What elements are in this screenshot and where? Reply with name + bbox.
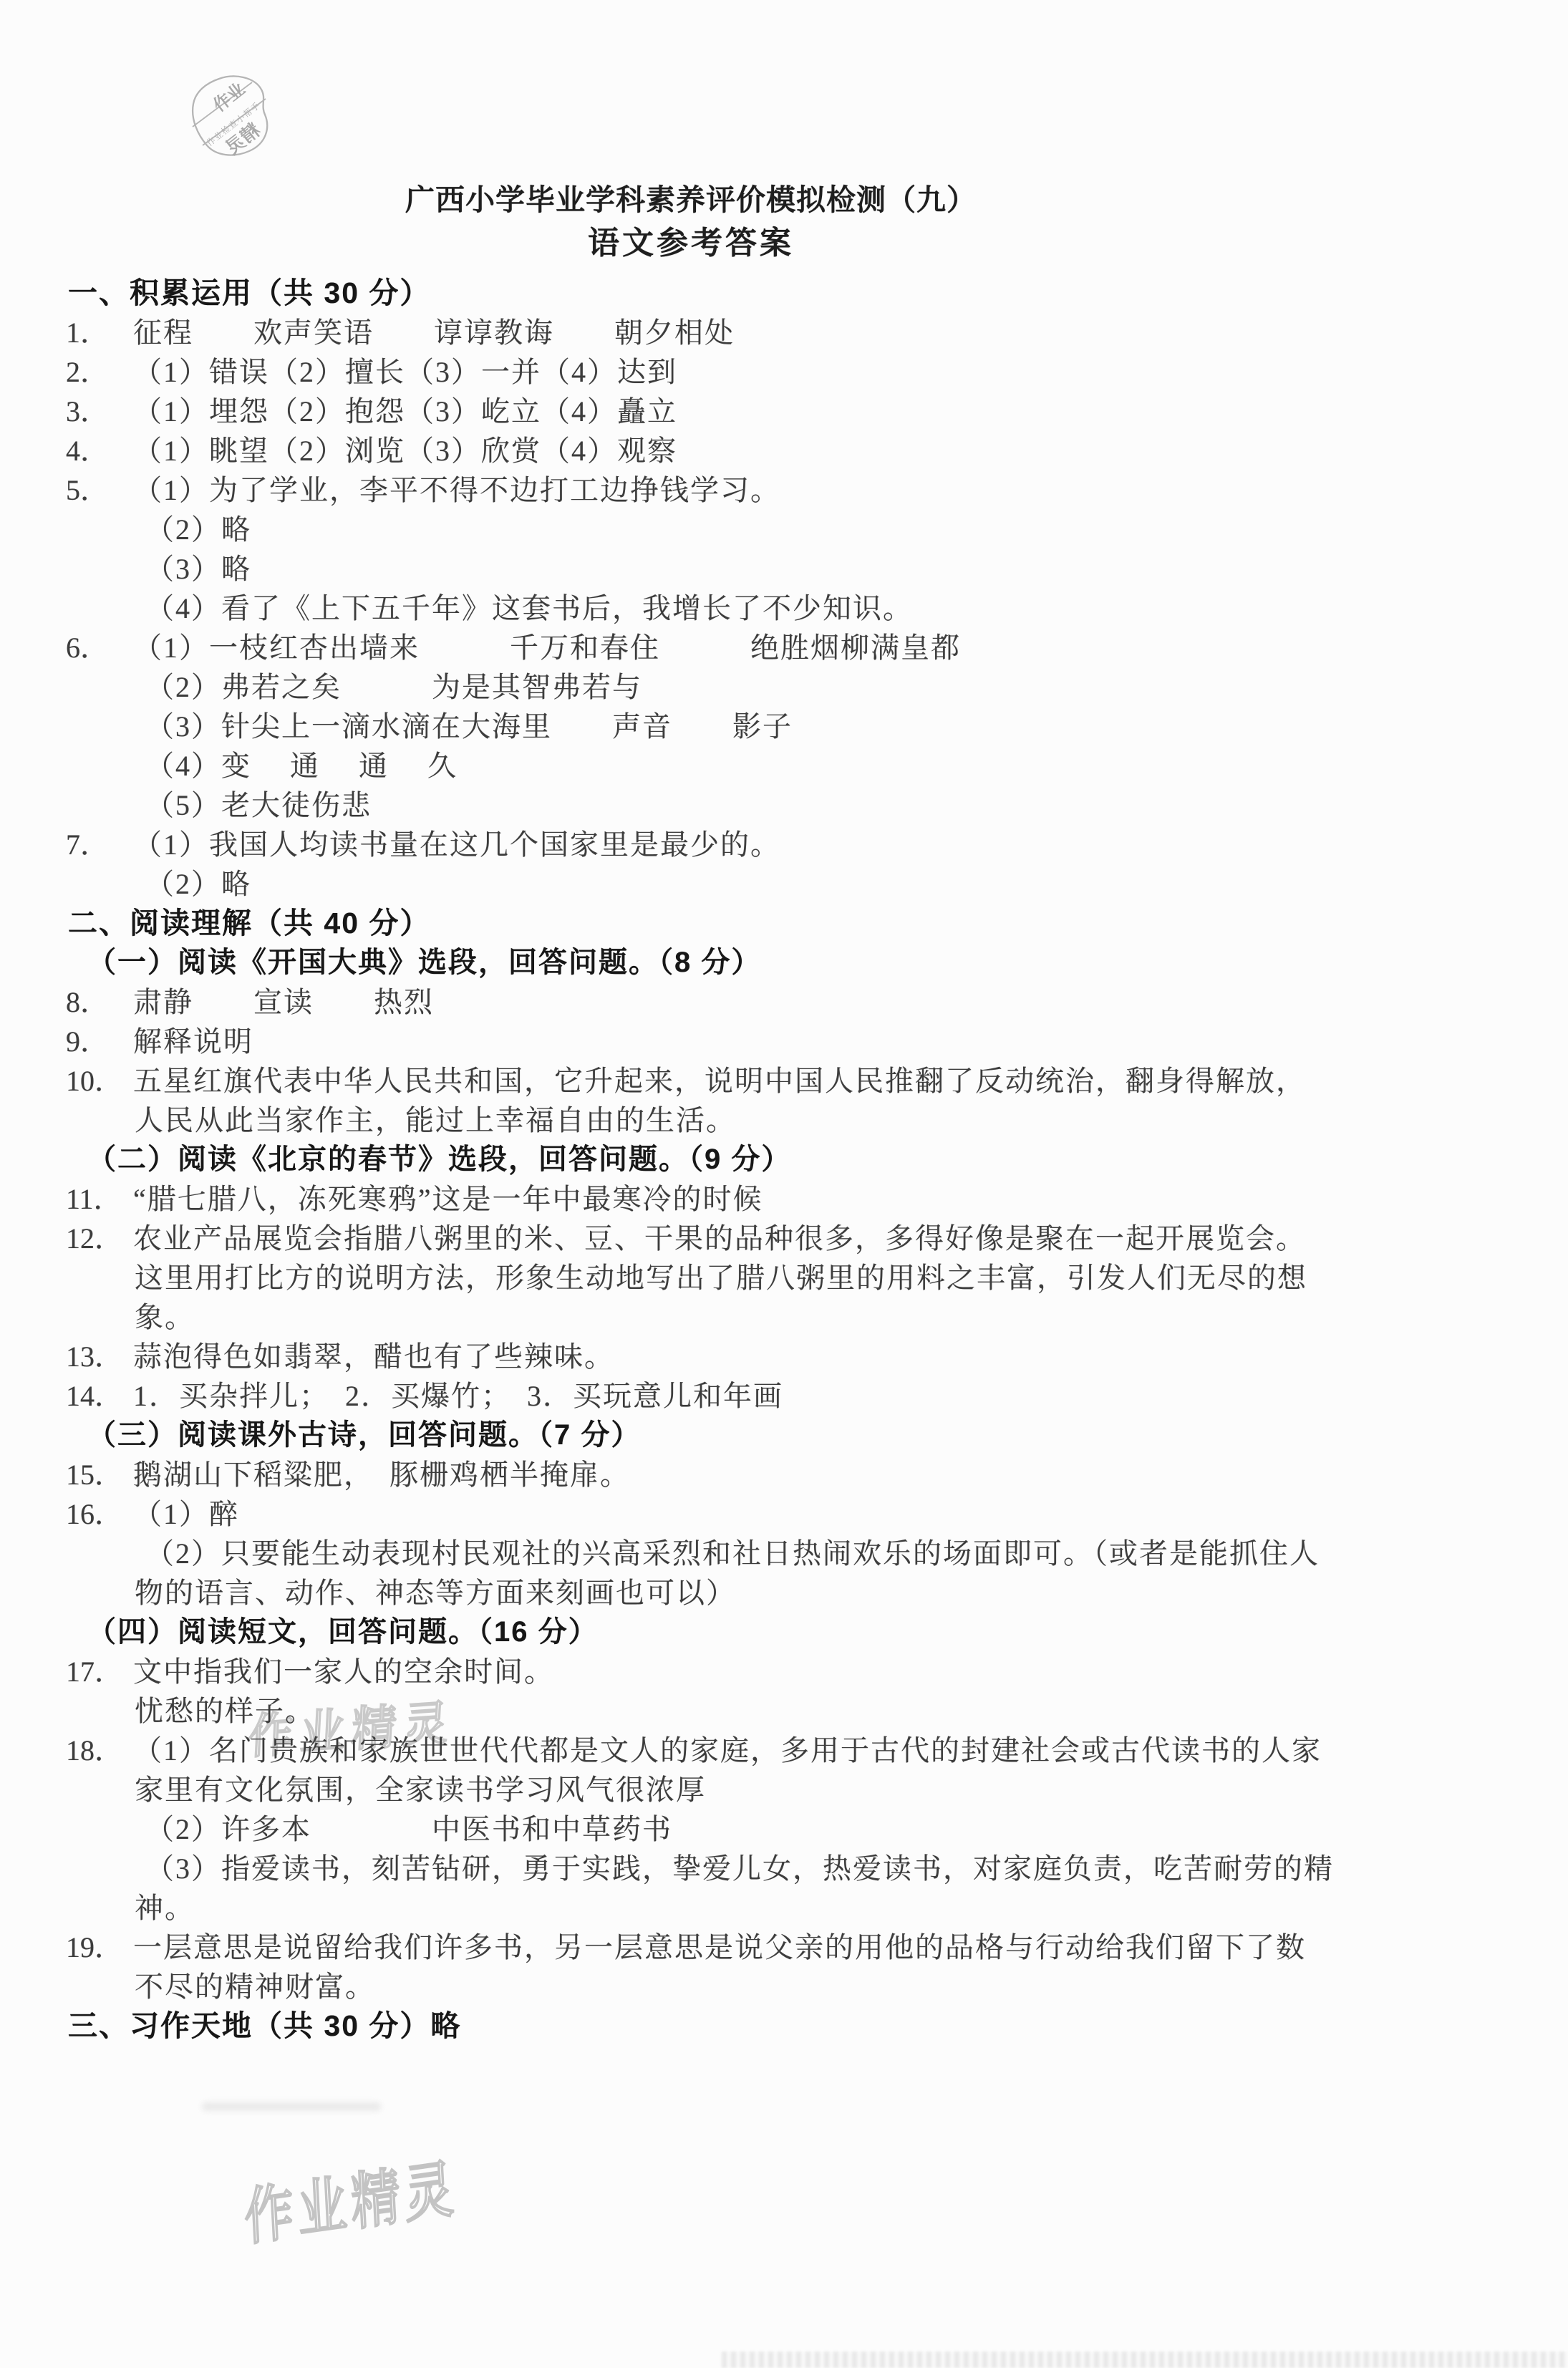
- answer-subitem-line: （3）略: [0, 549, 1568, 589]
- answer-text: 解释说明: [133, 1025, 253, 1058]
- answer-text: 肃静 宣读 热烈: [133, 986, 434, 1018]
- answer-text: （2）略: [145, 868, 251, 900]
- answer-text: （3）指爱读书，刻苦钻研，勇于实践，挚爱儿女，热爱读书，对家庭负责，吃苦耐劳的精: [145, 1852, 1334, 1885]
- answer-line: 18．（1）名门贵族和家族世世代代都是文人的家庭，多用于古代的封建社会或古代读书…: [0, 1731, 1568, 1770]
- page-subtitle: 语文参考答案: [61, 223, 1321, 264]
- answer-text: （二）阅读《北京的春节》选段，回答问题。（9 分）: [87, 1144, 791, 1175]
- page-title: 广西小学毕业学科素养评价模拟检测（九）: [61, 179, 1321, 221]
- answer-text: （3）略: [145, 553, 251, 585]
- answer-subitem-line: （2）许多本 中医书和中草药书: [0, 1809, 1568, 1849]
- answer-text: 人民从此当家作主，能过上幸福自由的生活。: [135, 1104, 736, 1136]
- answer-text: 三、习作天地（共 30 分）略: [68, 2009, 461, 2042]
- item-number: 3．: [66, 392, 109, 431]
- answer-line: 5．（1）为了学业，李平不得不边打工边挣钱学习。: [0, 470, 1568, 510]
- answer-line: 10．五星红旗代表中华人民共和国，它升起来，说明中国人民推翻了反动统治，翻身得解…: [0, 1061, 1568, 1101]
- answer-text: （1）埋怨（2）抱怨（3）屹立（4）矗立: [133, 395, 677, 427]
- answer-text: 这里用打比方的说明方法，形象生动地写出了腊八粥里的用料之丰富，引发人们无尽的想: [135, 1262, 1307, 1294]
- passage-heading: （四）阅读短文，回答问题。（16 分）: [0, 1613, 1568, 1652]
- answer-continuation-line: 这里用打比方的说明方法，形象生动地写出了腊八粥里的用料之丰富，引发人们无尽的想: [0, 1258, 1568, 1297]
- answer-subitem-line: （2）只要能生动表现村民观社的兴高采烈和社日热闹欢乐的场面即可。（或者是能抓住人: [0, 1534, 1568, 1573]
- answer-text: （1）错误（2）擅长（3）一并（4）达到: [133, 356, 677, 388]
- answer-subitem-line: （3）指爱读书，刻苦钻研，勇于实践，挚爱儿女，热爱读书，对家庭负责，吃苦耐劳的精: [0, 1849, 1568, 1888]
- answer-text: 物的语言、动作、神态等方面来刻画也可以）: [135, 1577, 736, 1609]
- passage-heading: （二）阅读《北京的春节》选段，回答问题。（9 分）: [0, 1140, 1568, 1179]
- item-number: 12．: [66, 1219, 123, 1258]
- item-number: 6．: [66, 628, 109, 667]
- section-heading: 三、习作天地（共 30 分）略: [0, 2006, 1568, 2046]
- homework-helper-stamp-watermark: 作业 作业检查小帮手 精灵: [188, 73, 288, 165]
- answer-subitem-line: （2）略: [0, 864, 1568, 904]
- answer-text: （1）一枝红杏出墙来 千万和春住 绝胜烟柳满皇都: [133, 632, 961, 664]
- answer-line: 6．（1）一枝红杏出墙来 千万和春住 绝胜烟柳满皇都: [0, 628, 1568, 667]
- answer-line: 3．（1）埋怨（2）抱怨（3）屹立（4）矗立: [0, 392, 1568, 431]
- answer-line: 7．（1）我国人均读书量在这几个国家里是最少的。: [0, 825, 1568, 864]
- answer-line: 17．文中指我们一家人的空余时间。: [0, 1652, 1568, 1691]
- watermark-bottom: 作业精灵: [242, 2138, 460, 2257]
- scanned-answer-page: 作业 作业检查小帮手 精灵 作业精灵 作业精灵 广西小学毕业学科素养评价模拟检测…: [0, 0, 1568, 2368]
- answer-text: 神。: [135, 1892, 195, 1924]
- answer-subitem-line: （4）变 通 通 久: [0, 746, 1568, 786]
- answer-text: 五星红旗代表中华人民共和国，它升起来，说明中国人民推翻了反动统治，翻身得解放，: [133, 1065, 1306, 1097]
- section-heading: 一、积累运用（共 30 分）: [0, 274, 1568, 313]
- passage-heading: （三）阅读课外古诗，回答问题。（7 分）: [0, 1416, 1568, 1455]
- answer-line: 11．“腊七腊八，冻死寒鸦”这是一年中最寒冷的时候: [0, 1179, 1568, 1219]
- answer-line: 15．鹅湖山下稻粱肥， 豚栅鸡栖半掩扉。: [0, 1455, 1568, 1494]
- item-number: 18．: [66, 1731, 123, 1770]
- scan-smudge-artifact: [202, 2102, 381, 2111]
- answer-text: （1）为了学业，李平不得不边打工边挣钱学习。: [133, 474, 780, 506]
- item-number: 1．: [66, 313, 109, 352]
- answer-text: （2）弗若之矣 为是其智弗若与: [145, 671, 642, 703]
- next-page-bleed-artifact: [722, 2352, 1568, 2368]
- item-number: 2．: [66, 352, 109, 392]
- item-number: 13．: [66, 1337, 123, 1376]
- answer-subitem-line: （2）弗若之矣 为是其智弗若与: [0, 667, 1568, 707]
- item-number: 17．: [66, 1652, 123, 1691]
- answer-text: （四）阅读短文，回答问题。（16 分）: [87, 1616, 599, 1648]
- answer-continuation-line: 忧愁的样子。: [0, 1691, 1568, 1731]
- answer-line: 12．农业产品展览会指腊八粥里的米、豆、干果的品种很多，多得好像是聚在一起开展览…: [0, 1219, 1568, 1258]
- answer-text: 家里有文化氛围，全家读书学习风气很浓厚: [135, 1774, 706, 1806]
- answer-line: 16．（1）醉: [0, 1494, 1568, 1534]
- answer-text: （2）略: [145, 513, 251, 546]
- answer-text: （4）变 通 通 久: [145, 750, 458, 782]
- answer-line: 2．（1）错误（2）擅长（3）一并（4）达到: [0, 352, 1568, 392]
- answer-line: 19．一层意思是说留给我们许多书，另一层意思是说父亲的用他的品格与行动给我们留下…: [0, 1928, 1568, 1967]
- answer-text: “腊七腊八，冻死寒鸦”这是一年中最寒冷的时候: [133, 1183, 763, 1215]
- answer-text: 不尽的精神财富。: [135, 1971, 375, 2003]
- answer-continuation-line: 家里有文化氛围，全家读书学习风气很浓厚: [0, 1770, 1568, 1809]
- answer-line: 9．解释说明: [0, 1022, 1568, 1061]
- answer-continuation-line: 物的语言、动作、神态等方面来刻画也可以）: [0, 1573, 1568, 1613]
- item-number: 15．: [66, 1455, 123, 1494]
- item-number: 4．: [66, 431, 109, 470]
- passage-heading: （一）阅读《开国大典》选段，回答问题。（8 分）: [0, 943, 1568, 982]
- answer-text: 象。: [135, 1301, 195, 1333]
- answer-subitem-line: （4）看了《上下五千年》这套书后，我增长了不少知识。: [0, 589, 1568, 628]
- item-number: 14．: [66, 1376, 123, 1416]
- item-number: 11．: [66, 1179, 122, 1219]
- answer-text: （2）许多本 中医书和中草药书: [145, 1813, 672, 1845]
- answer-text: （3）针尖上一滴水滴在大海里 声音 影子: [145, 710, 793, 743]
- answer-subitem-line: （2）略: [0, 510, 1568, 549]
- answer-text: （4）看了《上下五千年》这套书后，我增长了不少知识。: [145, 592, 913, 624]
- answer-line: 8．肃静 宣读 热烈: [0, 982, 1568, 1022]
- answer-text: （1）名门贵族和家族世世代代都是文人的家庭，多用于古代的封建社会或古代读书的人家: [133, 1734, 1322, 1767]
- answer-continuation-line: 不尽的精神财富。: [0, 1967, 1568, 2006]
- answer-text: （2）只要能生动表现村民观社的兴高采烈和社日热闹欢乐的场面即可。（或者是能抓住人: [145, 1537, 1320, 1570]
- item-number: 8．: [66, 982, 109, 1022]
- item-number: 9．: [66, 1022, 109, 1061]
- document-content: 广西小学毕业学科素养评价模拟检测（九） 语文参考答案 一、积累运用（共 30 分…: [0, 179, 1568, 2046]
- answer-text: 农业产品展览会指腊八粥里的米、豆、干果的品种很多，多得好像是聚在一起开展览会。: [133, 1222, 1306, 1255]
- answer-line: 4．（1）眺望（2）浏览（3）欣赏（4）观察: [0, 431, 1568, 470]
- item-number: 19．: [66, 1928, 123, 1967]
- answer-text: 忧愁的样子。: [135, 1695, 315, 1727]
- answer-subitem-line: （5）老大徒伤悲: [0, 786, 1568, 825]
- answer-text: 二、阅读理解（共 40 分）: [68, 907, 430, 939]
- answer-text: 一、积累运用（共 30 分）: [68, 276, 430, 309]
- answer-text: （5）老大徒伤悲: [145, 789, 372, 821]
- item-number: 16．: [66, 1494, 123, 1534]
- answer-text: （三）阅读课外古诗，回答问题。（7 分）: [87, 1419, 641, 1451]
- answer-text: 1．买杂拌儿； 2．买爆竹； 3．买玩意儿和年画: [133, 1380, 783, 1412]
- answer-text: 征程 欢声笑语 谆谆教诲 朝夕相处: [133, 316, 735, 349]
- answer-subitem-line: （3）针尖上一滴水滴在大海里 声音 影子: [0, 707, 1568, 746]
- answer-text: 鹅湖山下稻粱肥， 豚栅鸡栖半掩扉。: [133, 1459, 630, 1491]
- answer-text: （1）醉: [133, 1498, 239, 1530]
- answer-continuation-line: 象。: [0, 1297, 1568, 1337]
- answer-continuation-line: 人民从此当家作主，能过上幸福自由的生活。: [0, 1101, 1568, 1140]
- answer-line: 14．1．买杂拌儿； 2．买爆竹； 3．买玩意儿和年画: [0, 1376, 1568, 1416]
- answer-continuation-line: 神。: [0, 1888, 1568, 1928]
- item-number: 5．: [66, 470, 109, 510]
- section-heading: 二、阅读理解（共 40 分）: [0, 904, 1568, 943]
- item-number: 10．: [66, 1061, 123, 1101]
- answer-text: 一层意思是说留给我们许多书，另一层意思是说父亲的用他的品格与行动给我们留下了数: [133, 1931, 1306, 1963]
- answer-text: 文中指我们一家人的空余时间。: [133, 1656, 554, 1688]
- answer-text: （1）眺望（2）浏览（3）欣赏（4）观察: [133, 435, 677, 467]
- answer-line: 13．蒜泡得色如翡翠，醋也有了些辣味。: [0, 1337, 1568, 1376]
- answer-line: 1．征程 欢声笑语 谆谆教诲 朝夕相处: [0, 313, 1568, 352]
- answer-lines: 一、积累运用（共 30 分）1．征程 欢声笑语 谆谆教诲 朝夕相处2．（1）错误…: [0, 274, 1568, 2046]
- answer-text: 蒜泡得色如翡翠，醋也有了些辣味。: [133, 1340, 614, 1373]
- item-number: 7．: [66, 825, 109, 864]
- answer-text: （1）我国人均读书量在这几个国家里是最少的。: [133, 828, 780, 861]
- answer-text: （一）阅读《开国大典》选段，回答问题。（8 分）: [87, 947, 761, 978]
